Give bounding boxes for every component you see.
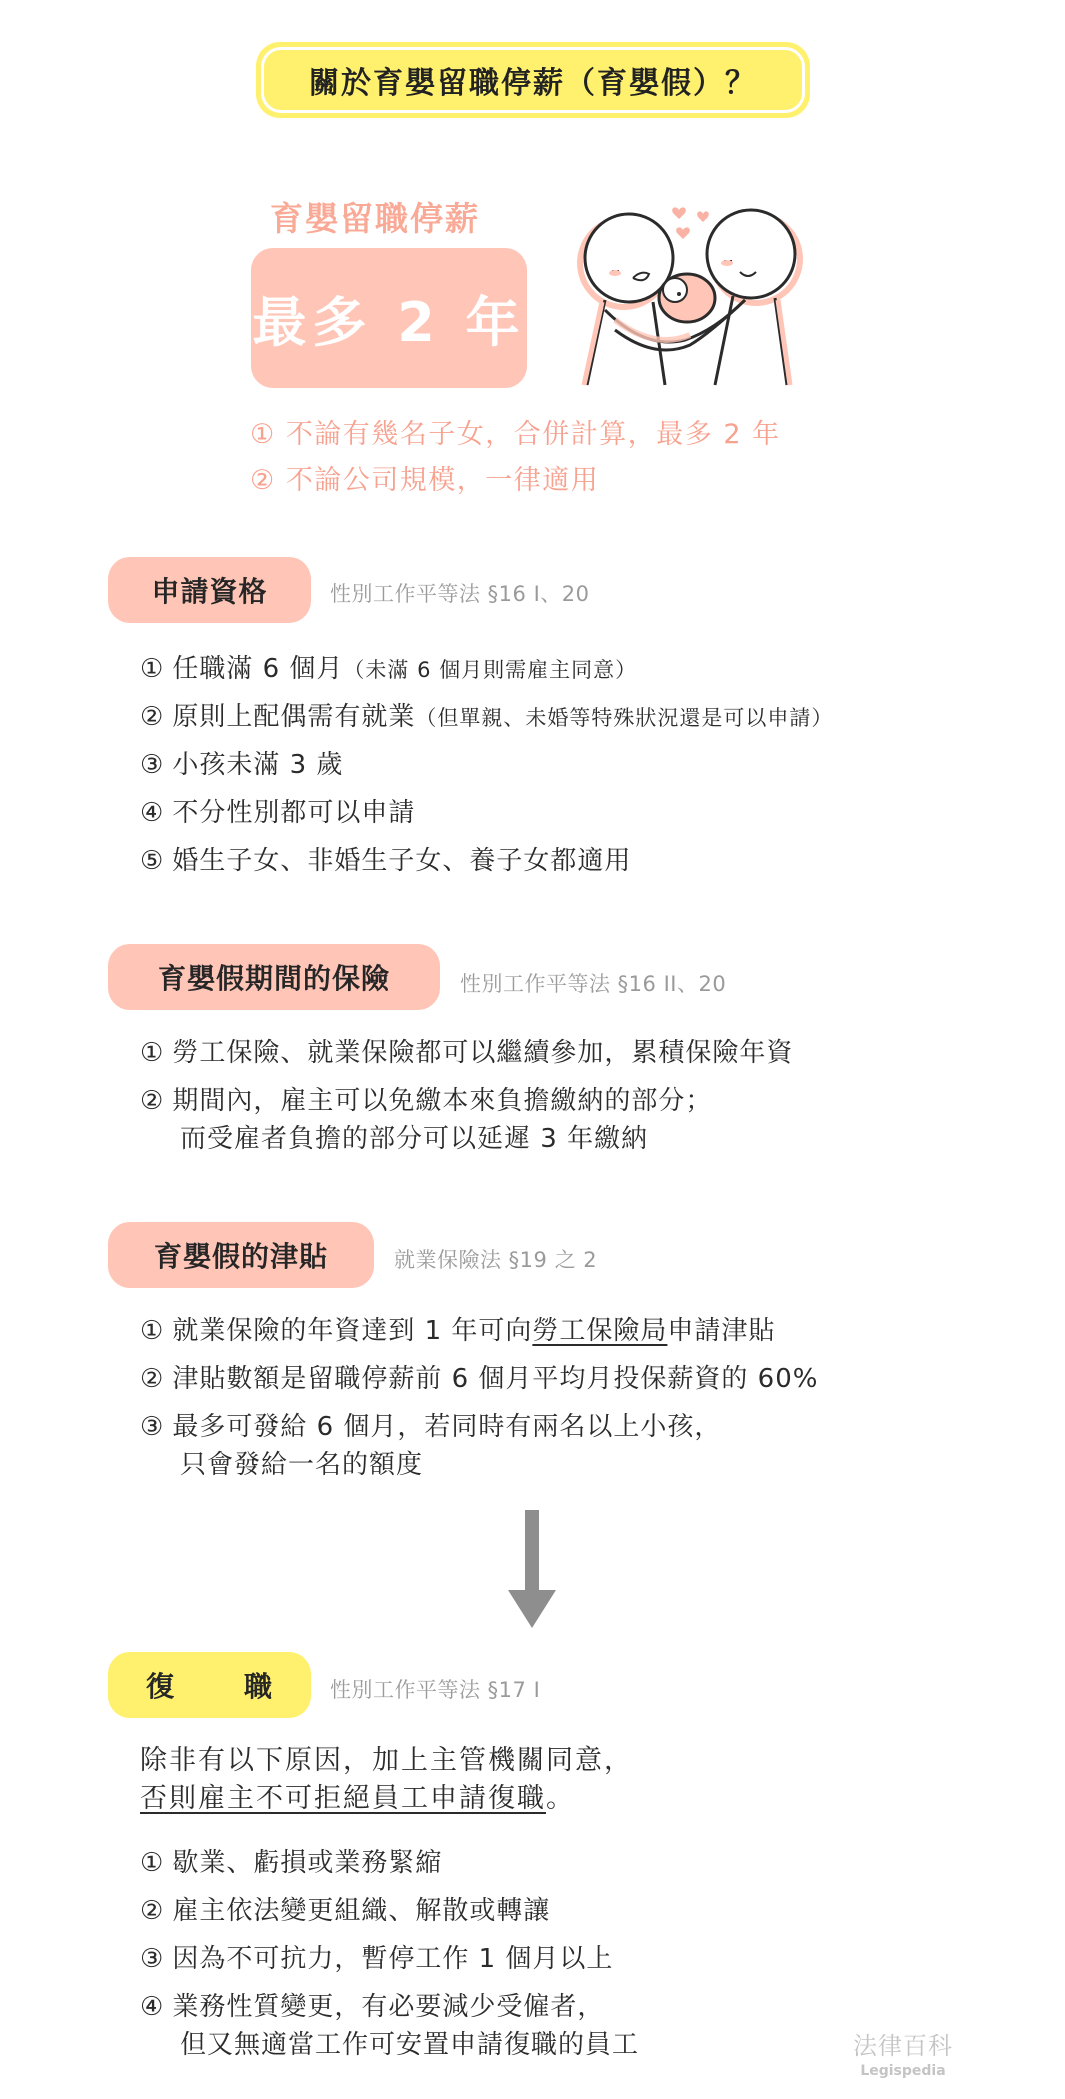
law-reference-allowance: 就業保險法 §19 之 2: [394, 1244, 597, 1274]
law-reference-reinstatement: 性別工作平等法 §17 I: [330, 1674, 540, 1704]
list-item-continuation: 只會發給一名的額度: [180, 1444, 423, 1481]
page-title: 關於育嬰留職停薪（育嬰假）？: [261, 47, 805, 113]
title-banner: 關於育嬰留職停薪（育嬰假）？: [256, 42, 810, 118]
list-item: ④不分性別都可以申請: [140, 792, 415, 829]
list-item: ⑤婚生子女、非婚生子女、養子女都適用: [140, 840, 631, 877]
section-tag-eligibility: 申請資格: [108, 557, 311, 623]
list-item: ①任職滿 6 個月（未滿 6 個月則需雇主同意）: [140, 648, 637, 685]
hero-heading: 育嬰留職停薪: [270, 193, 480, 240]
list-item: ②津貼數額是留職停薪前 6 個月平均月投保薪資的 60%: [140, 1358, 818, 1395]
list-item-continuation: 但又無適當工作可安置申請復職的員工: [180, 2024, 639, 2061]
arrow-down-icon: [508, 1510, 556, 1628]
list-item: ①勞工保險、就業保險都可以繼續參加，累積保險年資: [140, 1032, 793, 1069]
law-reference-eligibility: 性別工作平等法 §16 I、20: [330, 578, 590, 608]
couple-hugging-baby-illustration: [575, 190, 805, 390]
list-item: ②雇主依法變更組織、解散或轉讓: [140, 1890, 550, 1927]
list-item: ③最多可發給 6 個月，若同時有兩名以上小孩，: [140, 1406, 721, 1443]
law-reference-insurance: 性別工作平等法 §16 II、20: [460, 968, 726, 998]
labor-insurance-bureau-text: 勞工保險局: [532, 1316, 667, 1346]
reinstatement-lead-line-1: 除非有以下原因，加上主管機關同意，: [140, 1738, 633, 1777]
list-item: ①歇業、虧損或業務緊縮: [140, 1842, 442, 1879]
list-item: ②原則上配偶需有就業（但單親、未婚等特殊狀況還是可以申請）: [140, 696, 833, 733]
hero-note-1: ① 不論有幾名子女，合併計算，最多 2 年: [250, 412, 781, 451]
brand-name-en: Legispedia: [848, 2063, 958, 2079]
section-tag-allowance: 育嬰假的津貼: [108, 1222, 374, 1288]
reinstatement-lead-line-2: 否則雇主不可拒絕員工申請復職。: [140, 1776, 575, 1815]
list-item: ③小孩未滿 3 歲: [140, 744, 343, 781]
hero-note-2: ② 不論公司規模，一律適用: [250, 458, 599, 497]
hearts-icon: [672, 207, 709, 239]
brand-name-zh: 法律百科: [848, 2026, 958, 2061]
brand-logo: 法律百科 Legispedia: [848, 2026, 958, 2079]
list-item: ②期間內，雇主可以免繳本來負擔繳納的部分；: [140, 1080, 712, 1117]
list-item: ④業務性質變更，有必要減少受僱者，: [140, 1986, 604, 2023]
list-item: ①就業保險的年資達到 1 年可向勞工保險局申請津貼: [140, 1310, 775, 1347]
hero-highlight-box: 最多 2 年: [251, 248, 527, 388]
list-item: ③因為不可抗力，暫停工作 1 個月以上: [140, 1938, 613, 1975]
list-item-continuation: 而受雇者負擔的部分可以延遲 3 年繳納: [180, 1118, 648, 1155]
section-tag-reinstatement: 復 職: [108, 1652, 311, 1718]
section-tag-insurance: 育嬰假期間的保險: [108, 944, 440, 1010]
